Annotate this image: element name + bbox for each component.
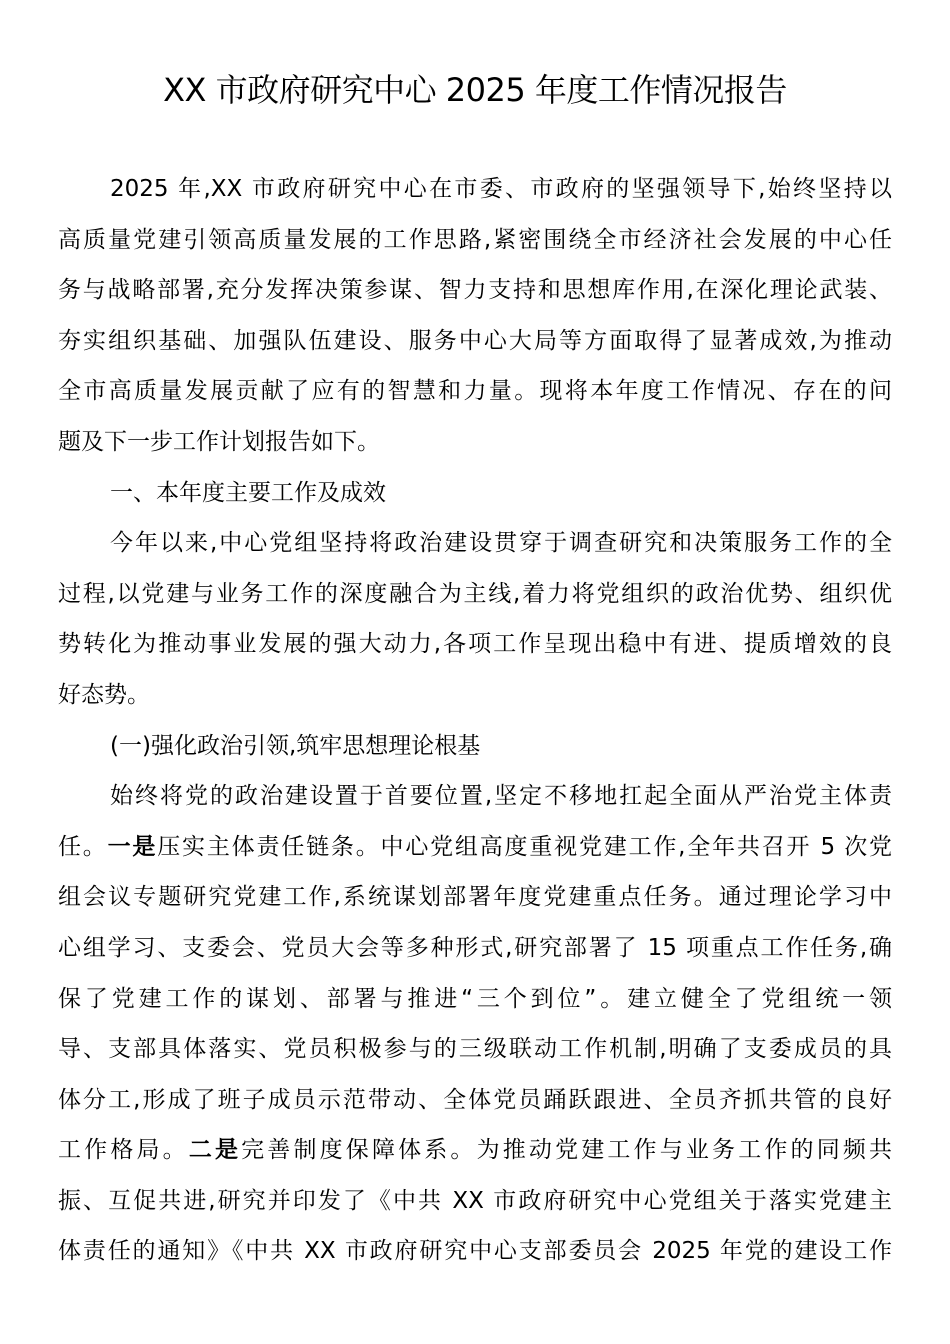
paragraph-intro-line-3: 务与战略部署,充分发挥决策参谋、智力支持和思想库作用,在深化理论武装、 (58, 265, 892, 316)
paragraph-political-line-7: 体分工,形成了班子成员示范带动、全体党员踊跃跟进、全员齐抓共管的良好 (58, 1075, 892, 1126)
paragraph-overview-line-3: 势转化为推动事业发展的强大动力,各项工作呈现出稳中有进、提质增效的良 (58, 619, 892, 670)
paragraph-overview-line-1: 今年以来,中心党组坚持将政治建设贯穿于调查研究和决策服务工作的全 (58, 518, 892, 569)
paragraph-political-line-6: 导、支部具体落实、党员积极参与的三级联动工作机制,明确了支委成员的具 (58, 1024, 892, 1075)
paragraph-overview-line-4: 好态势。 (58, 670, 892, 721)
paragraph-overview-line-2: 过程,以党建与业务工作的深度融合为主线,着力将党组织的政治优势、组织优 (58, 569, 892, 620)
paragraph-intro-line-2: 高质量党建引领高质量发展的工作思路,紧密围绕全市经济社会发展的中心任 (58, 215, 892, 266)
paragraph-intro-line-4: 夯实组织基础、加强队伍建设、服务中心大局等方面取得了显著成效,为推动 (58, 316, 892, 367)
paragraph-political-line-8: 工作格局。二是完善制度保障体系。为推动党建工作与业务工作的同频共 (58, 1125, 892, 1176)
paragraph-political-line-3: 组会议专题研究党建工作,系统谋划部署年度党建重点任务。通过理论学习中 (58, 872, 892, 923)
document-page: XX 市政府研究中心 2025 年度工作情况报告 2025 年,XX 市政府研究… (0, 0, 950, 1344)
paragraph-political-line-4: 心组学习、支委会、党员大会等多种形式,研究部署了 15 项重点工作任务,确 (58, 923, 892, 974)
paragraph-political-line-5: 保了党建工作的谋划、部署与推进“三个到位”。建立健全了党组统一领 (58, 974, 892, 1025)
paragraph-intro-line-6: 题及下一步工作计划报告如下。 (58, 417, 892, 468)
bold-label-second: 二是 (189, 1137, 241, 1163)
line-segment: 压实主体责任链条。中心党组高度重视党建工作,全年共召开 5 次党 (157, 834, 892, 860)
document-body: 2025 年,XX 市政府研究中心在市委、市政府的坚强领导下,始终坚持以 高质量… (58, 164, 892, 1277)
paragraph-political-line-2: 任。一是压实主体责任链条。中心党组高度重视党建工作,全年共召开 5 次党 (58, 822, 892, 873)
section-heading-1: 一、本年度主要工作及成效 (58, 468, 892, 519)
document-title: XX 市政府研究中心 2025 年度工作情况报告 (0, 66, 950, 114)
line-segment: 任。 (58, 834, 108, 860)
paragraph-intro-line-1: 2025 年,XX 市政府研究中心在市委、市政府的坚强领导下,始终坚持以 (58, 164, 892, 215)
subsection-heading-1: (一)强化政治引领,筑牢思想理论根基 (58, 721, 892, 772)
paragraph-political-line-9: 振、互促共进,研究并印发了《中共 XX 市政府研究中心党组关于落实党建主 (58, 1176, 892, 1227)
bold-label-first: 一是 (108, 834, 158, 860)
paragraph-political-line-10: 体责任的通知》《中共 XX 市政府研究中心支部委员会 2025 年党的建设工作 (58, 1226, 892, 1277)
line-segment: 工作格局。 (58, 1137, 189, 1163)
line-segment: 完善制度保障体系。为推动党建工作与业务工作的同频共 (241, 1137, 892, 1163)
paragraph-political-line-1: 始终将党的政治建设置于首要位置,坚定不移地扛起全面从严治党主体责 (58, 771, 892, 822)
paragraph-intro-line-5: 全市高质量发展贡献了应有的智慧和力量。现将本年度工作情况、存在的问 (58, 366, 892, 417)
